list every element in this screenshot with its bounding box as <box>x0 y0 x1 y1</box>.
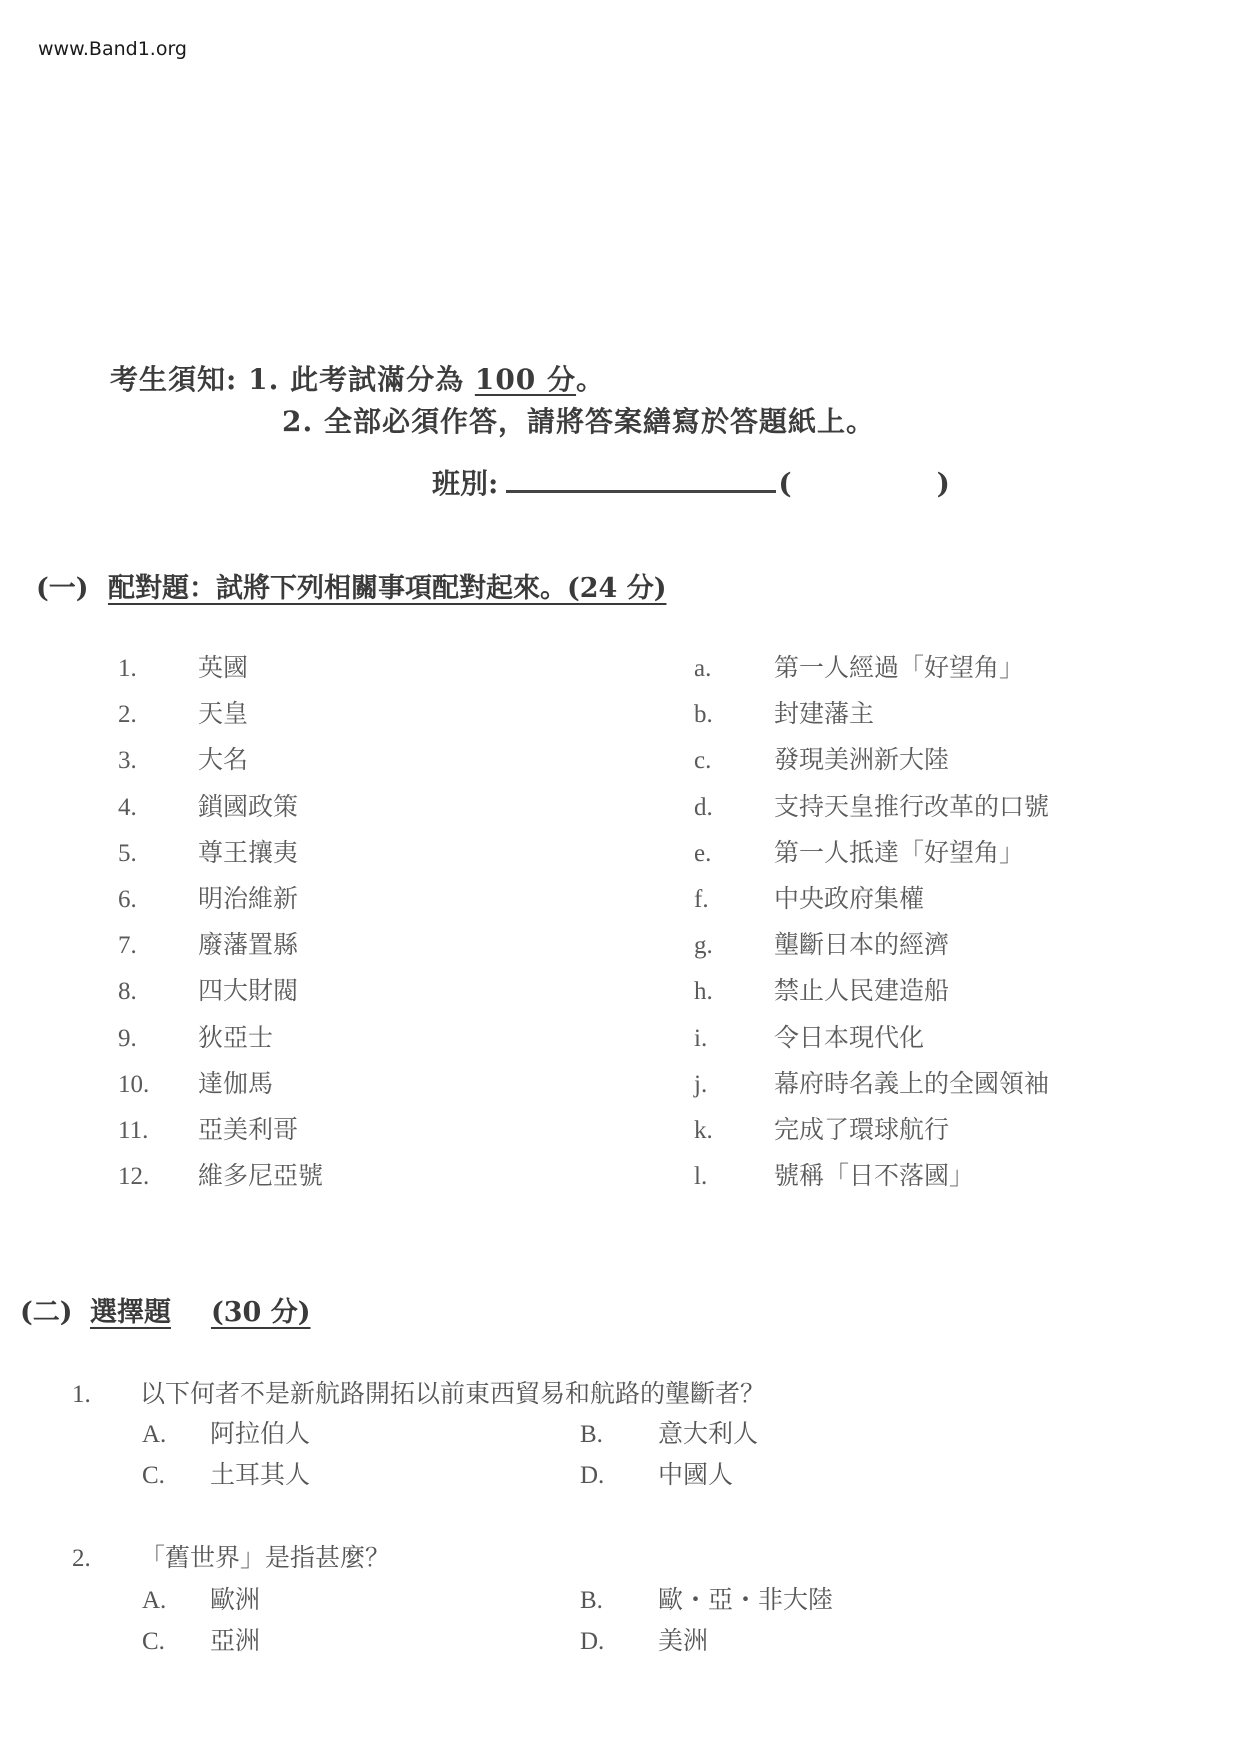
item-letter: l. <box>694 1163 774 1191</box>
section1-title: 配對題：試將下列相關事項配對起來。(24 分) <box>108 573 667 604</box>
matching-left-item: 9.狄亞士 <box>118 1018 273 1054</box>
class-label: 班別: <box>432 467 498 500</box>
item-number: 8. <box>118 978 198 1006</box>
item-letter: h. <box>694 978 774 1006</box>
item-number: 2. <box>118 701 198 729</box>
item-number: 12. <box>118 1163 198 1191</box>
item-number: 11. <box>118 1117 198 1145</box>
matching-left-item: 6.明治維新 <box>118 879 298 915</box>
item-number: 3. <box>118 747 198 775</box>
item-text: 大名 <box>198 745 248 774</box>
item-text: 狄亞士 <box>198 1023 273 1052</box>
matching-left-item: 4.鎖國政策 <box>118 787 298 823</box>
matching-right-item: c.發現美洲新大陸 <box>694 740 949 776</box>
notice-item2-num: 2. <box>282 405 313 438</box>
item-number: 4. <box>118 794 198 822</box>
matching-left-item: 7.廢藩置縣 <box>118 925 298 961</box>
q1-option-c[interactable]: C.土耳其人 <box>142 1455 310 1491</box>
question-2: 2.「舊世界」是指甚麼？ <box>72 1538 390 1574</box>
matching-right-item: i.令日本現代化 <box>694 1018 924 1054</box>
item-text: 完成了環球航行 <box>774 1115 949 1144</box>
q1-option-d[interactable]: D.中國人 <box>580 1455 733 1491</box>
matching-right-item: h.禁止人民建造船 <box>694 971 949 1007</box>
item-letter: e. <box>694 840 774 868</box>
item-text: 支持天皇推行改革的口號 <box>774 792 1049 821</box>
q1-option-a[interactable]: A.阿拉伯人 <box>142 1414 310 1450</box>
item-number: 5. <box>118 840 198 868</box>
matching-right-item: a.第一人經過「好望角」 <box>694 648 1024 684</box>
item-text: 第一人經過「好望角」 <box>774 653 1024 682</box>
section1-heading: (一) 配對題：試將下列相關事項配對起來。(24 分) <box>36 566 667 605</box>
item-number: 9. <box>118 1025 198 1053</box>
item-text: 廢藩置縣 <box>198 930 298 959</box>
item-text: 發現美洲新大陸 <box>774 745 949 774</box>
matching-left-item: 3.大名 <box>118 740 248 776</box>
item-text: 第一人抵達「好望角」 <box>774 838 1024 867</box>
matching-right-item: d.支持天皇推行改革的口號 <box>694 787 1049 823</box>
question-number: 1. <box>72 1381 140 1409</box>
notice-item1-text: 此考試滿分為 <box>290 363 464 396</box>
item-text: 中央政府集權 <box>774 884 924 913</box>
item-letter: i. <box>694 1025 774 1053</box>
notice-label: 考生須知: <box>110 363 237 396</box>
exam-notice-line1: 考生須知: 1. 此考試滿分為 100 分。 <box>110 358 605 398</box>
item-text: 號稱「日不落國」 <box>774 1161 974 1190</box>
notice-item2-text: 全部必須作答，請將答案繕寫於答題紙上。 <box>324 405 875 438</box>
matching-left-item: 11.亞美利哥 <box>118 1110 298 1146</box>
q1-option-b[interactable]: B.意大利人 <box>580 1414 758 1450</box>
item-text: 壟斷日本的經濟 <box>774 930 949 959</box>
item-text: 英國 <box>198 653 248 682</box>
matching-left-item: 1.英國 <box>118 648 248 684</box>
item-letter: c. <box>694 747 774 775</box>
item-text: 四大財閥 <box>198 976 298 1005</box>
item-text: 禁止人民建造船 <box>774 976 949 1005</box>
item-letter: d. <box>694 794 774 822</box>
matching-right-item: k.完成了環球航行 <box>694 1110 949 1146</box>
matching-right-item: g.壟斷日本的經濟 <box>694 925 949 961</box>
item-letter: k. <box>694 1117 774 1145</box>
section2-title: 選擇題(30 分) <box>90 1297 311 1328</box>
matching-left-item: 12.維多尼亞號 <box>118 1156 323 1192</box>
q2-option-c[interactable]: C.亞洲 <box>142 1621 260 1657</box>
notice-item1-num: 1. <box>248 363 279 396</box>
q2-option-a[interactable]: A.歐洲 <box>142 1580 260 1616</box>
item-text: 尊王攘夷 <box>198 838 298 867</box>
question-1: 1.以下何者不是新航路開拓以前東西貿易和航路的壟斷者？ <box>72 1374 765 1410</box>
question-text: 以下何者不是新航路開拓以前東西貿易和航路的壟斷者？ <box>140 1379 765 1408</box>
item-letter: a. <box>694 655 774 683</box>
class-field: 班別:() <box>432 462 950 502</box>
item-text: 幕府時名義上的全國領袖 <box>774 1069 1049 1098</box>
item-text: 達伽馬 <box>198 1069 273 1098</box>
matching-left-item: 5.尊王攘夷 <box>118 833 298 869</box>
item-letter: g. <box>694 932 774 960</box>
q2-option-b[interactable]: B.歐・亞・非大陸 <box>580 1580 833 1616</box>
item-letter: b. <box>694 701 774 729</box>
item-number: 6. <box>118 886 198 914</box>
matching-right-item: b.封建藩主 <box>694 694 874 730</box>
section2-prefix: (二) <box>20 1297 73 1328</box>
item-text: 維多尼亞號 <box>198 1161 323 1190</box>
item-text: 鎖國政策 <box>198 792 298 821</box>
item-letter: j. <box>694 1071 774 1099</box>
exam-notice-line2: 2. 全部必須作答，請將答案繕寫於答題紙上。 <box>282 400 875 440</box>
matching-right-item: e.第一人抵達「好望角」 <box>694 833 1024 869</box>
matching-left-item: 8.四大財閥 <box>118 971 298 1007</box>
full-score: 100 分 <box>475 363 576 396</box>
section2-heading: (二) 選擇題(30 分) <box>20 1290 311 1329</box>
matching-right-item: j.幕府時名義上的全國領袖 <box>694 1064 1049 1100</box>
matching-right-item: l.號稱「日不落國」 <box>694 1156 974 1192</box>
question-text: 「舊世界」是指甚麼？ <box>140 1543 390 1572</box>
matching-right-item: f.中央政府集權 <box>694 879 924 915</box>
watermark: www.Band1.org <box>38 38 187 60</box>
question-number: 2. <box>72 1545 140 1573</box>
item-text: 明治維新 <box>198 884 298 913</box>
item-text: 亞美利哥 <box>198 1115 298 1144</box>
class-blank-line[interactable] <box>506 466 776 493</box>
item-text: 令日本現代化 <box>774 1023 924 1052</box>
matching-left-item: 2.天皇 <box>118 694 248 730</box>
matching-left-item: 10.達伽馬 <box>118 1064 273 1100</box>
q2-option-d[interactable]: D.美洲 <box>580 1621 708 1657</box>
item-letter: f. <box>694 886 774 914</box>
item-number: 10. <box>118 1071 198 1099</box>
item-text: 天皇 <box>198 699 248 728</box>
item-number: 1. <box>118 655 198 683</box>
section1-prefix: (一) <box>36 573 89 604</box>
item-text: 封建藩主 <box>774 699 874 728</box>
item-number: 7. <box>118 932 198 960</box>
